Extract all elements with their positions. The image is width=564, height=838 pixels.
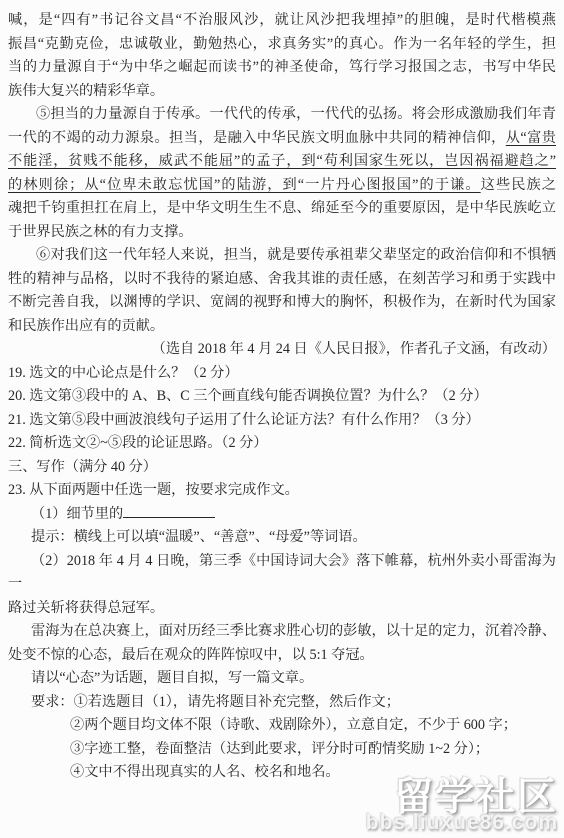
- requirement-item: ④文中不得出现真实的人名、校名和地名。: [8, 761, 556, 785]
- question-22: 22. 简析选文②~⑤段的论证思路。（2 分）: [8, 432, 556, 456]
- exam-paper-page: 喊，是“四有”书记谷文昌“不治服风沙，就让风沙把我埋掉”的胆魄，是时代楷模燕 振…: [0, 0, 564, 838]
- essay-option-2-line: 路过关斩将获得总冠军。: [8, 597, 556, 621]
- story-line: 处变不惊的心态，最后在观众的阵阵惊叹中，以 5:1 夺冠。: [8, 644, 556, 668]
- requirements-line-1: 要求：①若选题目（1），请先将题目补充完整，然后作文；: [8, 691, 556, 715]
- paragraph-5: ⑤担当的力量源自于传承。一代代的传承，一代代的弘扬。将会形成激励我们年青 一代的…: [8, 103, 556, 244]
- question-20: 20. 选文第③段中的 A、B、C 三个画直线句能否调换位置？为什么？（2 分）: [8, 385, 556, 409]
- question-list: 19. 选文的中心论点是什么？（2 分） 20. 选文第③段中的 A、B、C 三…: [8, 362, 556, 456]
- text-line: 的林则徐；从“位卑未敢忘忧国”的陆游，到“一片丹心图报国”的于谦。这些民族之: [8, 174, 556, 198]
- text-line: 不断完善自我，以渊博的学识、宽阔的视野和博大的胸怀，积极作为，在新时代为国家: [8, 291, 556, 315]
- requirement-item: ①若选题目（1），请先将题目补充完整，然后作文；: [74, 694, 400, 710]
- fill-in-blank: [123, 505, 215, 518]
- watermark-url-text: bbs.liuxue86.com: [366, 812, 558, 834]
- requirements-label: 要求：: [31, 694, 74, 710]
- essay-option-1: （1）细节里的: [8, 503, 556, 527]
- text-line: 魂把千钧重担扛在肩上，是中华文明生生不息、绵延至今的重要原因，是中华民族屹立: [8, 197, 556, 221]
- text-line: 不能淫，贫贱不能移，威武不能屈”的孟子，到“苟利国家生死以，岂因祸福避趋之”: [8, 150, 556, 174]
- requirement-item: ③字迹工整，卷面整洁（达到此要求，评分时可酌情奖励 1~2 分）；: [8, 738, 556, 762]
- paragraph-4-continuation: 喊，是“四有”书记谷文昌“不治服风沙，就让风沙把我埋掉”的胆魄，是时代楷模燕 振…: [8, 9, 556, 103]
- text-line: 一代的不竭的动力源泉。担当，是融入中华民族文明血脉中共同的精神信仰，从“富贵: [8, 127, 556, 151]
- underlined-clause: 的林则徐；从“位卑未敢忘忧国”的陆游，到“一片丹心图报国”的于谦。: [8, 177, 481, 193]
- question-23-lead: 23. 从下面两题中任选一题，按要求完成作文。: [8, 479, 556, 503]
- text-line: 振昌“克勤克俭，忠诚敬业，勤勉热心，求真务实”的真心。作为一名年轻的学生，担: [8, 33, 556, 57]
- option-1-hint: 提示：横线上可以填“温暖”、“善意”、“母爱”等词语。: [8, 526, 556, 550]
- plain-text: 这些民族之: [481, 177, 556, 193]
- option-1-label: （1）细节里的: [31, 506, 123, 522]
- text-line: 喊，是“四有”书记谷文昌“不治服风沙，就让风沙把我埋掉”的胆魄，是时代楷模燕: [8, 9, 556, 33]
- text-line: 当的力量源自于“为中华之崛起而读书”的神圣使命，笃行学习报国之志，书写中华民: [8, 56, 556, 80]
- section-heading: 三、写作（满分 40 分）: [8, 456, 556, 480]
- text-line: 于世界民族之林的有力支撑。: [8, 221, 556, 245]
- topic-instruction: 请以“心态”为话题，题目自拟，写一篇文章。: [8, 667, 556, 691]
- source-attribution: （选自 2018 年 4 月 24 日《人民日报》，作者孔子文涵，有改动）: [8, 338, 556, 362]
- underlined-clause: 不能淫，贫贱不能移，威武不能屈”的孟子，到“苟利国家生死以，岂因祸福避趋之”: [8, 153, 556, 169]
- text-line: 族伟大复兴的精彩华章。: [8, 80, 556, 104]
- question-21: 21. 选文第⑤段中画波浪线句子运用了什么论证方法？有什么作用？（3 分）: [8, 409, 556, 433]
- text-line: 牲的精神与品格，以时不我待的紧迫感、舍我其谁的责任感，在刻苦学习和勇于实践中: [8, 268, 556, 292]
- story-line: 雷海为在总决赛上，面对历经三季比赛求胜心切的彭敏，以十足的定力，沉着冷静、: [8, 620, 556, 644]
- question-19: 19. 选文的中心论点是什么？（2 分）: [8, 362, 556, 386]
- writing-section: 三、写作（满分 40 分） 23. 从下面两题中任选一题，按要求完成作文。 （1…: [8, 456, 556, 785]
- text-line: 和民族作出应有的贡献。: [8, 315, 556, 339]
- text-line: ⑤担当的力量源自于传承。一代代的传承，一代代的弘扬。将会形成激励我们年青: [8, 103, 556, 127]
- plain-text: 一代的不竭的动力源泉。担当，是融入中华民族文明血脉中共同的精神信仰，: [8, 130, 506, 146]
- text-line: ⑥对我们这一代年轻人来说，担当，就是要传承祖辈父辈坚定的政治信仰和不惧牺: [8, 244, 556, 268]
- paragraph-6: ⑥对我们这一代年轻人来说，担当，就是要传承祖辈父辈坚定的政治信仰和不惧牺 牲的精…: [8, 244, 556, 338]
- site-watermark: 留学社区 bbs.liuxue86.com: [366, 778, 558, 834]
- essay-option-2-line: （2）2018 年 4 月 4 日晚，第三季《中国诗词大会》落下帷幕，杭州外卖小…: [8, 550, 556, 597]
- requirement-item: ②两个题目均文体不限（诗歌、戏剧除外），立意自定，不少于 600 字；: [8, 714, 556, 738]
- underlined-clause: 从“富贵: [506, 130, 556, 146]
